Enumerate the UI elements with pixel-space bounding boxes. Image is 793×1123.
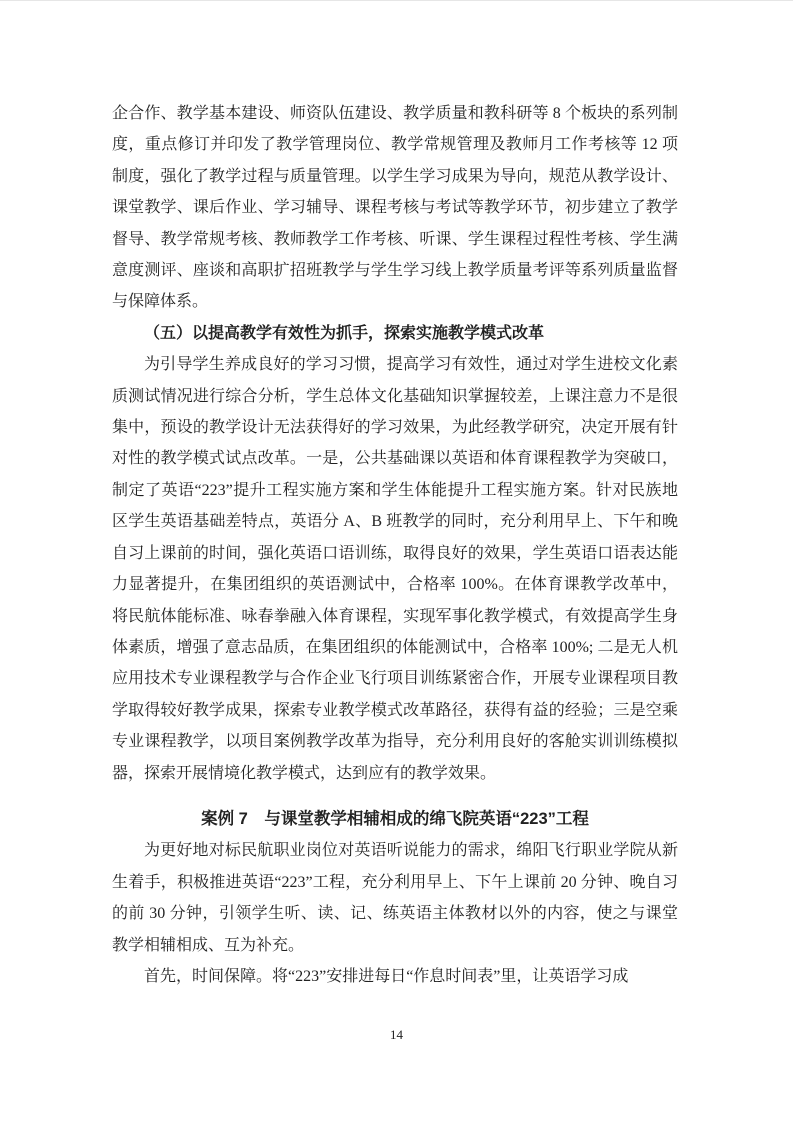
document-page: 企合作、教学基本建设、师资队伍建设、教学质量和教科研等 8 个板块的系列制度，重… <box>0 0 793 1123</box>
page-text-block: 企合作、教学基本建设、师资队伍建设、教学质量和教科研等 8 个板块的系列制度，重… <box>112 98 678 992</box>
page-number: 14 <box>0 1027 793 1043</box>
body-paragraph-time-guarantee: 首先，时间保障。将“223”安排进每日“作息时间表”里，让英语学习成 <box>112 961 678 992</box>
continued-paragraph: 企合作、教学基本建设、师资队伍建设、教学质量和教科研等 8 个板块的系列制度，重… <box>112 98 678 318</box>
section-subheading: （五）以提高教学有效性为抓手，探索实施教学模式改革 <box>112 318 678 349</box>
body-paragraph-english-223-intro: 为更好地对标民航职业岗位对英语听说能力的需求，绵阳飞行职业学院从新生着手，积极推… <box>112 835 678 961</box>
case-study-heading: 案例 7 与课堂教学相辅相成的绵飞院英语“223”工程 <box>112 804 678 835</box>
body-paragraph-teaching-reform: 为引导学生养成良好的学习习惯，提高学习有效性，通过对学生进校文化素质测试情况进行… <box>112 349 678 789</box>
